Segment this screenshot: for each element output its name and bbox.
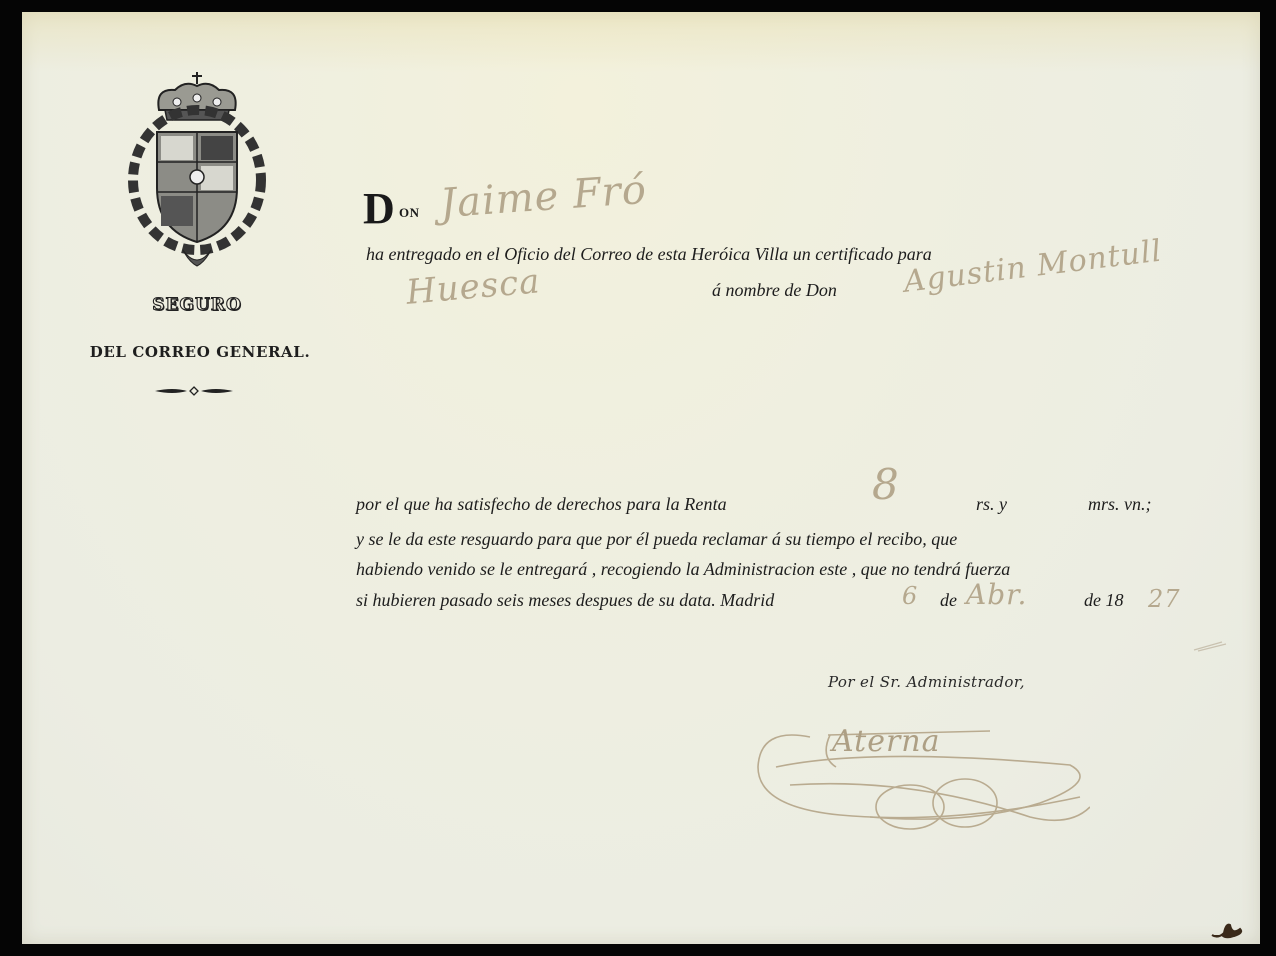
- printed-year-prefix: de 18: [1084, 590, 1124, 611]
- header-title: SEGURO: [82, 295, 312, 315]
- ink-stroke-mark-icon: [1192, 640, 1232, 652]
- don-initial: D: [363, 187, 395, 231]
- ornament-divider-icon: [155, 386, 233, 396]
- handwritten-day: 6: [902, 582, 918, 610]
- printed-line-renta: por el que ha satisfecho de derechos par…: [356, 494, 727, 515]
- administrator-label: Por el Sr. Administrador,: [828, 673, 1025, 691]
- header-subtitle: DEL CORREO GENERAL.: [60, 343, 340, 361]
- coat-of-arms-icon: [125, 70, 269, 270]
- printed-line-resguardo: y se le da este resguardo para que por é…: [356, 529, 957, 550]
- printed-line-entregado: ha entregado en el Oficio del Correo de …: [366, 244, 932, 265]
- handwritten-month: Abr.: [966, 578, 1027, 611]
- printed-line-habiendo: habiendo venido se le entregará , recogi…: [356, 559, 1010, 580]
- handwritten-amount: 8: [872, 460, 900, 509]
- handwritten-signature: Aterna: [832, 724, 941, 759]
- printed-de: de: [940, 590, 957, 611]
- printed-nombre-label: á nombre de Don: [712, 280, 837, 301]
- handwritten-year: 27: [1148, 585, 1181, 613]
- handwritten-recipient: Agustin Montull: [902, 233, 1164, 299]
- printed-rs-label: rs. y: [976, 494, 1007, 515]
- document-paper: SEGURO DEL CORREO GENERAL. D ON Jaime Fr…: [22, 12, 1260, 944]
- handwritten-sender-name: Jaime Fró: [439, 167, 649, 227]
- printed-line-data: si hubieren pasado seis meses despues de…: [356, 590, 774, 611]
- ink-stamp-mark-icon: [1210, 919, 1246, 941]
- don-label: ON: [399, 205, 420, 221]
- handwritten-destination: Huesca: [405, 261, 542, 313]
- printed-mrs-label: mrs. vn.;: [1088, 494, 1152, 515]
